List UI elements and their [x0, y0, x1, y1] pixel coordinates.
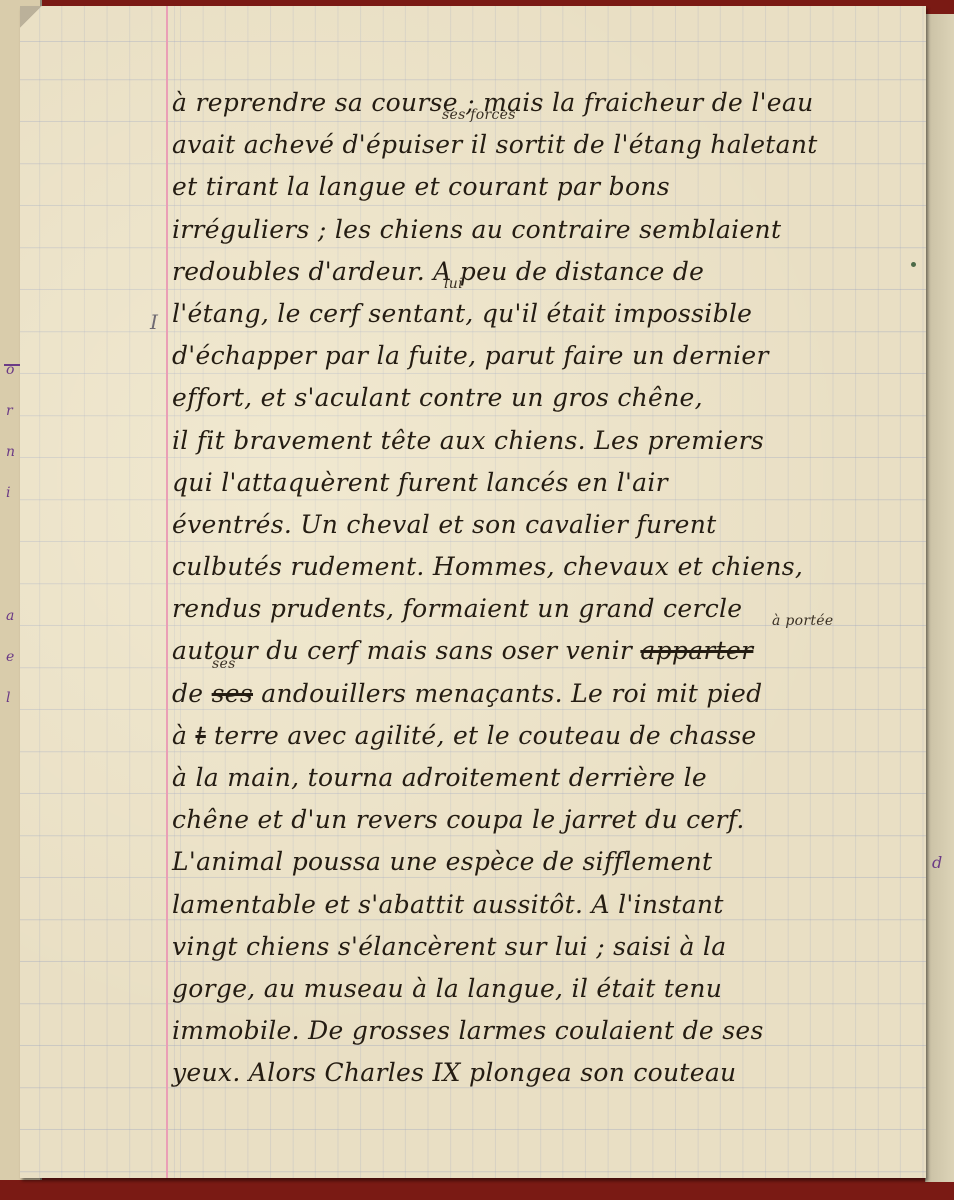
line-text: de [172, 679, 212, 708]
line-text: terre avec agilité, et le couteau de cha… [206, 721, 757, 750]
back-page-letters: o r n i a e l [6, 362, 26, 731]
insertion: ses [212, 657, 236, 671]
text-line: lui l'étang, le cerf sentant, qu'il étai… [172, 293, 912, 335]
line-text: avait achevé d'épuiser il sortit de l'ét… [172, 130, 818, 159]
text-line: L'animal poussa une espèce de sifflement [172, 841, 912, 883]
text-line: culbutés rudement. Hommes, chevaux et ch… [172, 546, 912, 588]
back-letter: a [6, 608, 26, 649]
margin-mark: I [150, 310, 158, 334]
text-line: gorge, au museau à la langue, il était t… [172, 968, 912, 1010]
text-line: à la main, tourna adroitement derrière l… [172, 757, 912, 799]
text-line: yeux. Alors Charles IX plongea son coute… [172, 1052, 912, 1094]
line-text: à [172, 721, 195, 750]
insertion: à portée [772, 614, 833, 628]
back-letter [6, 526, 26, 567]
back-letter: i [6, 485, 26, 526]
text-line: il fit bravement tête aux chiens. Les pr… [172, 420, 912, 462]
handwritten-text: à reprendre sa course ; mais la fraicheu… [172, 82, 912, 1095]
insertion: ses forces [442, 108, 516, 122]
line-text: autour du cerf mais sans oser venir [172, 636, 640, 665]
text-line: ses de ses andouillers menaçants. Le roi… [172, 673, 912, 715]
text-line: effort, et s'aculant contre un gros chên… [172, 377, 912, 419]
text-line: à t terre avec agilité, et le couteau de… [172, 715, 912, 757]
text-line: qui l'attaquèrent furent lancés en l'air [172, 462, 912, 504]
text-line: redoubles d'ardeur. A peu de distance de [172, 251, 912, 293]
text-line: éventrés. Un cheval et son cavalier fure… [172, 504, 912, 546]
back-letter [6, 567, 26, 608]
struck-word: t [195, 721, 205, 750]
text-line: chêne et d'un revers coupa le jarret du … [172, 799, 912, 841]
text-line: et tirant la langue et courant par bons [172, 166, 912, 208]
line-text: l'étang, le cerf sentant, qu'il était im… [172, 299, 752, 328]
folded-corner [20, 6, 42, 28]
text-line: vingt chiens s'élancèrent sur lui ; sais… [172, 926, 912, 968]
text-line: à reprendre sa course ; mais la fraicheu… [172, 82, 912, 124]
text-line: irréguliers ; les chiens au contraire se… [172, 209, 912, 251]
next-page-edge [925, 14, 954, 1182]
insertion: lui [444, 277, 463, 291]
text-line: d'échapper par la fuite, parut faire un … [172, 335, 912, 377]
text-line: ses forces avait achevé d'épuiser il sor… [172, 124, 912, 166]
next-page-letter: d [932, 853, 942, 872]
margin-line [166, 6, 168, 1178]
line-text: andouillers menaçants. Le roi mit pied [253, 679, 762, 708]
back-letter: e [6, 649, 26, 690]
back-letter: l [6, 690, 26, 731]
back-letter: r [6, 403, 26, 444]
text-line: à portée autour du cerf mais sans oser v… [172, 630, 912, 672]
struck-word: ses [212, 679, 253, 708]
back-letter: n [6, 444, 26, 485]
text-line: lamentable et s'abattit aussitôt. A l'in… [172, 884, 912, 926]
back-letter: o [6, 362, 26, 403]
struck-word: apparter [640, 636, 753, 665]
text-line: immobile. De grosses larmes coulaient de… [172, 1010, 912, 1052]
